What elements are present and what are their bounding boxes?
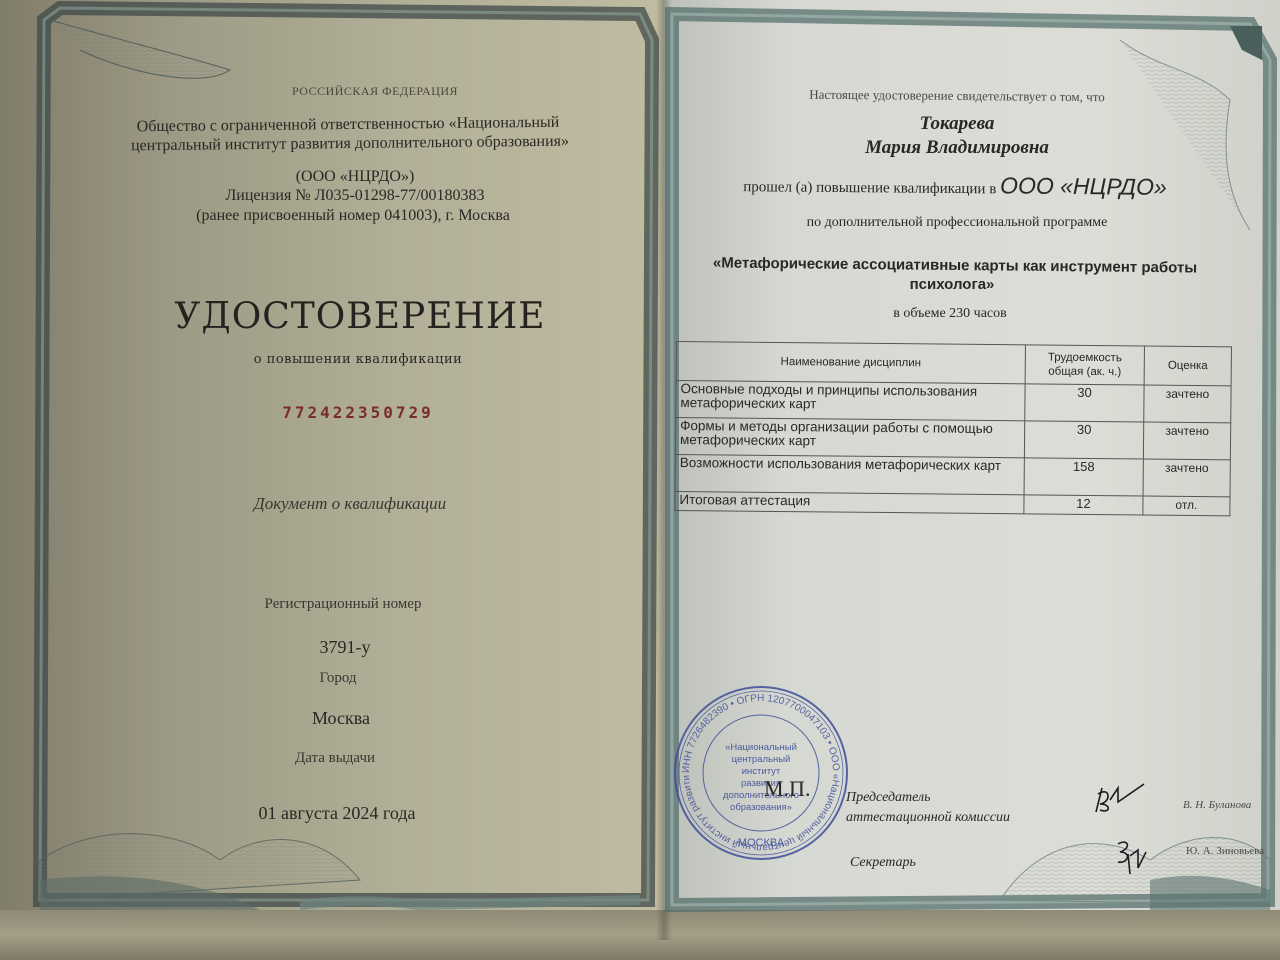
discipline-name: Итоговая аттестация: [675, 491, 1024, 513]
chair-name: В. Н. Буланова: [1183, 799, 1251, 811]
stamp-city: МОСКВА: [738, 837, 785, 849]
holder-given-names: Мария Владимировна: [865, 137, 1049, 159]
discipline-grade: зачтено: [1143, 422, 1230, 460]
discipline-hours: 12: [1024, 495, 1143, 515]
table-surface: [0, 910, 1280, 960]
table-row: Основные подходы и принципы использовани…: [676, 381, 1231, 423]
header-grade: Оценка: [1144, 346, 1231, 386]
city-label: Город: [319, 670, 356, 687]
secretary-name: Ю. А. Зиновьева: [1186, 845, 1264, 857]
chair-signature: [1088, 780, 1148, 820]
certificate-spread: РОССИЙСКАЯ ФЕДЕРАЦИЯ Общество с ограниче…: [0, 0, 1280, 960]
discipline-name: Формы и методы организации работы с помо…: [675, 418, 1024, 458]
completion-text: прошел (а) повышение квалификации в: [743, 179, 996, 197]
city-value: Москва: [312, 708, 370, 729]
course-volume: в объеме 230 часов: [893, 306, 1007, 322]
completion-statement: прошел (а) повышение квалификации в ООО …: [743, 170, 1167, 201]
discipline-hours: 30: [1024, 421, 1143, 459]
chair-label-line-1: Председатель: [846, 790, 931, 806]
completion-organization: ООО «НЦРДО»: [1000, 172, 1167, 199]
stamp-line-6: образования»: [730, 802, 792, 813]
discipline-grade: зачтено: [1144, 385, 1231, 423]
stamp-line-1: «Национальный: [725, 742, 797, 753]
discipline-grade: зачтено: [1143, 459, 1230, 497]
registration-number: 3791-у: [320, 637, 371, 658]
document-type: Документ о квалификации: [254, 494, 446, 514]
secretary-signature: [1112, 836, 1152, 880]
book-gutter: [656, 0, 672, 940]
program-label: по дополнительной профессиональной прогр…: [807, 215, 1108, 231]
previous-number: (ранее присвоенный номер 041003), г. Мос…: [196, 207, 510, 225]
document-subtitle: о повышении квалификации: [254, 352, 463, 367]
discipline-hours: 30: [1025, 384, 1144, 422]
discipline-name: Основные подходы и принципы использовани…: [676, 381, 1025, 421]
issue-date-label: Дата выдачи: [295, 750, 375, 767]
certificate-intro: Настоящее удостоверение свидетельствует …: [809, 87, 1105, 106]
organization-abbreviation: (ООО «НЦРДО»): [296, 168, 415, 186]
discipline-hours: 158: [1024, 458, 1143, 496]
serial-number: 772422350729: [282, 403, 434, 422]
country-name: РОССИЙСКАЯ ФЕДЕРАЦИЯ: [292, 84, 458, 99]
table-row: Формы и методы организации работы с помо…: [675, 418, 1230, 460]
discipline-grade: отл.: [1143, 496, 1230, 516]
header-discipline: Наименование дисциплин: [676, 342, 1025, 384]
document-title: УДОСТОВЕРЕНИЕ: [174, 296, 545, 337]
header-hours: Трудоемкость общая (ак. ч.): [1025, 345, 1144, 385]
license-number: Лицензия № Л035-01298-77/00180383: [225, 187, 484, 205]
course-title-line-2: психолога»: [910, 276, 995, 293]
table-header-row: Наименование дисциплин Трудоемкость обща…: [676, 342, 1231, 386]
registration-label: Регистрационный номер: [265, 596, 422, 613]
issue-date: 01 августа 2024 года: [259, 803, 416, 824]
holder-surname: Токарева: [920, 113, 995, 135]
discipline-name: Возможности использования метафорических…: [675, 454, 1024, 494]
header-hours-line-1: Трудоемкость: [1048, 352, 1122, 365]
stamp-line-2: центральный: [732, 754, 791, 765]
chair-label-line-2: аттестационной комиссии: [846, 810, 1010, 826]
secretary-label: Секретарь: [850, 855, 916, 871]
organization-stamp: ИНН 7726482390 • ОГРН 1207700047103 • ОО…: [672, 684, 850, 862]
stamp-mark: М.П.: [764, 776, 810, 802]
header-hours-line-2: общая (ак. ч.): [1048, 366, 1121, 379]
disciplines-table: Наименование дисциплин Трудоемкость обща…: [674, 341, 1232, 516]
table-row: Возможности использования метафорических…: [675, 454, 1230, 496]
